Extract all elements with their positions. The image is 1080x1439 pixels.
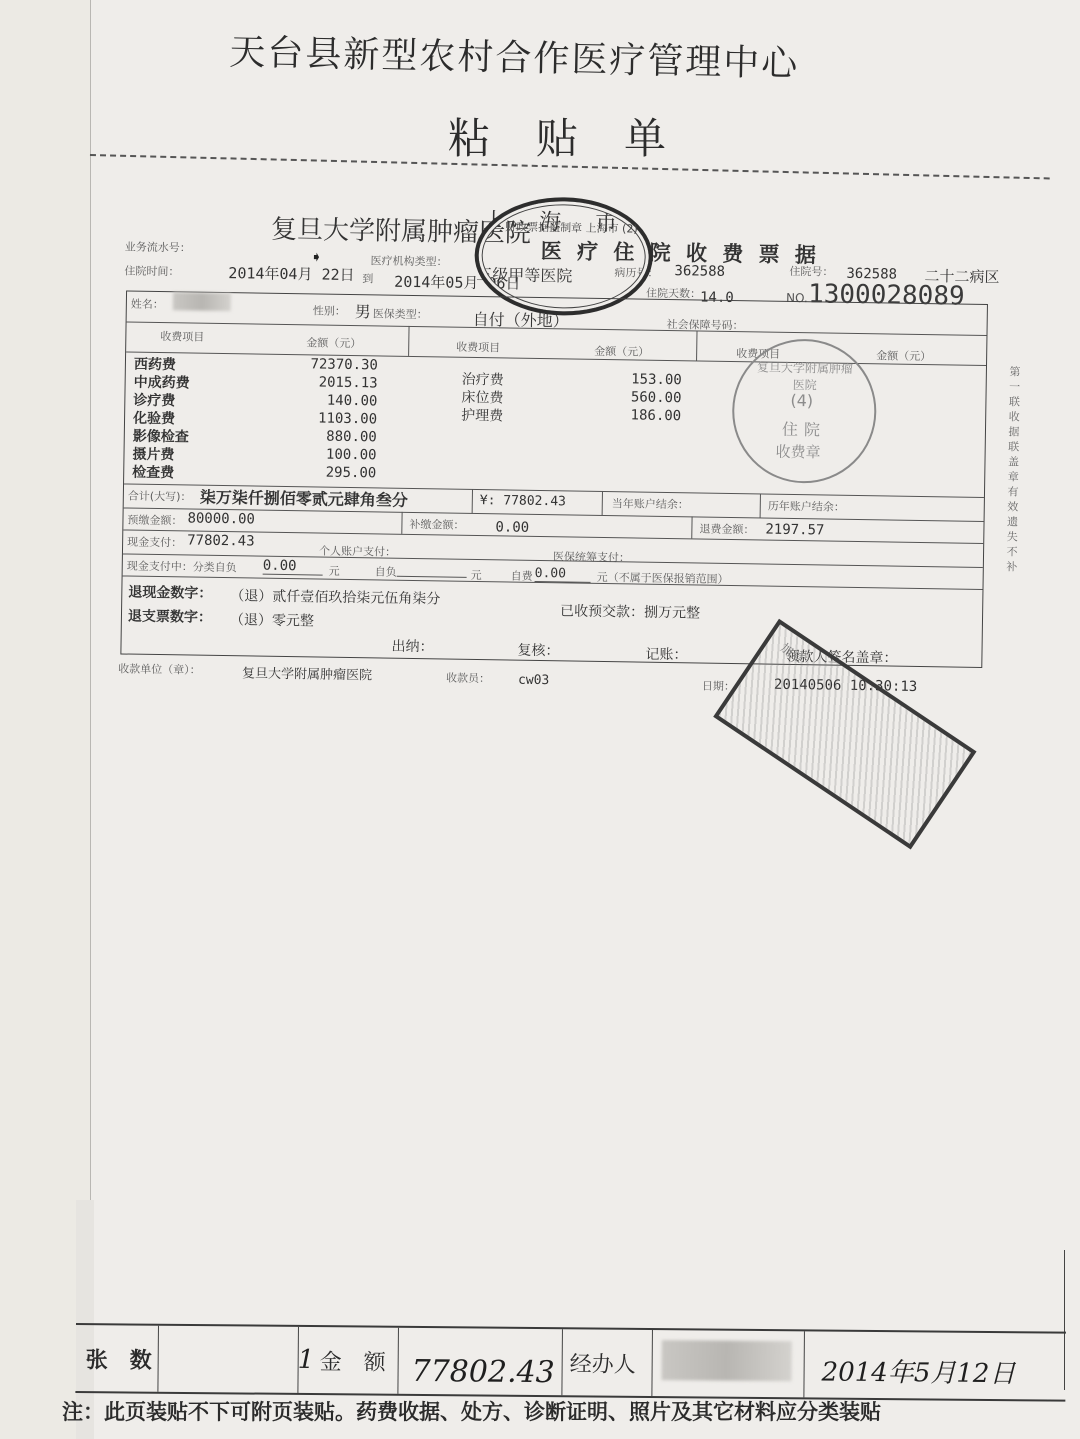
page-subtitle: 粘贴单 — [448, 106, 712, 166]
cashier-label: 出纳： — [391, 636, 433, 657]
supplement-label: 补缴金额： — [409, 516, 464, 533]
fee-item-amount: 560.00 — [591, 389, 681, 406]
col-header-item-2: 收费项目 — [456, 339, 500, 356]
yuan-unit-1: 元 — [329, 563, 340, 579]
refund-check-label: 退支票数字： — [128, 606, 212, 627]
fee-item-amount: 295.00 — [286, 464, 376, 481]
prepaid-label: 预缴金额： — [127, 512, 182, 529]
fee-item-name: 检查费 — [132, 462, 174, 483]
serial-label: 业务流水号： — [125, 238, 191, 255]
collector-value: cw03 — [518, 673, 550, 688]
total-words: 柒万柒仟捌佰零贰元肆角叁分 — [200, 485, 408, 511]
refund-cash-value: （退）贰仟壹佰玖拾柒元伍角柒分 — [230, 585, 440, 608]
history-balance-label: 历年账户结余： — [768, 498, 845, 515]
cash-label: 现金支付： — [127, 534, 182, 551]
pool-payment-label: 医保统筹支付： — [553, 548, 630, 565]
fee-item-amount: 140.00 — [287, 392, 377, 409]
cash-value: 77802.43 — [187, 532, 255, 549]
col-header-item-1: 收费项目 — [160, 328, 204, 345]
stay-to-word: 到 — [362, 270, 373, 286]
refund-check-value: （退）零元整 — [230, 609, 314, 630]
fee-item-name: 护理费 — [461, 405, 503, 426]
fee-item-amount: 72370.30 — [288, 356, 378, 373]
name-redacted — [173, 292, 231, 311]
refund-value: 2197.57 — [765, 522, 824, 539]
refund-label: 退费金额： — [699, 521, 754, 538]
payee-unit-value: 复旦大学附属肿瘤医院 — [242, 662, 372, 683]
collector-label: 收款员： — [446, 670, 490, 687]
supplement-value: 0.00 — [495, 519, 529, 536]
summary-table: 张 数 1 金 额 77802.43 经办人 2014年5月12日 — [75, 1323, 1066, 1402]
footnote: 注：此页装贴不下可附页装贴。药费收据、处方、诊断证明、照片及其它材料应分类装贴 — [62, 1396, 881, 1426]
name-label: 姓名： — [131, 296, 164, 313]
fee-item-amount: 153.00 — [592, 371, 682, 388]
fee-item-amount: 880.00 — [287, 428, 377, 445]
review-label: 复核： — [517, 640, 559, 661]
fee-item-amount: 2015.13 — [288, 374, 378, 391]
self-pay-value: 0.00 — [535, 566, 591, 583]
summary-date: 2014年5月12日 — [821, 1352, 1015, 1391]
stay-label: 住院时间： — [124, 262, 179, 279]
col-header-amount-1: 金额（元） — [306, 334, 361, 351]
self-bear-value — [397, 562, 467, 578]
cash-detail-label: 现金支付中：分类自负 — [127, 558, 237, 576]
fee-item-amount: 186.00 — [591, 407, 681, 424]
gender-label: 性别： — [313, 302, 346, 319]
year-balance-label: 当年账户结余： — [612, 495, 689, 512]
inst-type-label: 医疗机构类型： — [370, 252, 447, 269]
bookkeep-label: 记账： — [645, 644, 687, 665]
payee-unit-label: 收款单位（章）： — [118, 660, 201, 677]
prepaid-value: 80000.00 — [187, 510, 255, 527]
insurance-label: 医保类型： — [373, 305, 428, 322]
cash-detail-class: 0.00 — [263, 558, 323, 576]
handler-redacted — [662, 1340, 792, 1381]
record-value: 362588 — [674, 263, 725, 280]
copy-note: 第一联 收据联 盖章有效 遗失不补 — [1002, 364, 1025, 574]
prepaid-received: 已收预交款：捌万元整 — [560, 600, 700, 622]
admission-label: 住院号： — [789, 263, 833, 280]
fee-item-amount: 1103.00 — [287, 410, 377, 427]
receipt-table: 姓名： 性别： 男 医保类型： 自付（外地） 社会保障号码： 收费项目 金额（元… — [120, 290, 988, 667]
fee-item-amount: 100.00 — [286, 446, 376, 463]
hospital-receipt: 上 海 市 复旦大学附属肿瘤医院 医 疗 住 院 收 费 票 据 业务流水号： … — [87, 168, 1056, 743]
refund-cash-label: 退现金数字： — [128, 582, 212, 603]
col-header-amount-2: 金额（元） — [594, 343, 649, 360]
total-yen: ¥: 77802.43 — [480, 493, 566, 509]
gender-value: 男 — [355, 299, 371, 322]
total-label: 合计(大写)： — [128, 488, 192, 505]
col-header-amount-3: 金额（元） — [876, 347, 931, 364]
self-bear-label: 自负 — [375, 563, 397, 579]
stay-from: 2014年04月 22日 — [228, 262, 355, 285]
